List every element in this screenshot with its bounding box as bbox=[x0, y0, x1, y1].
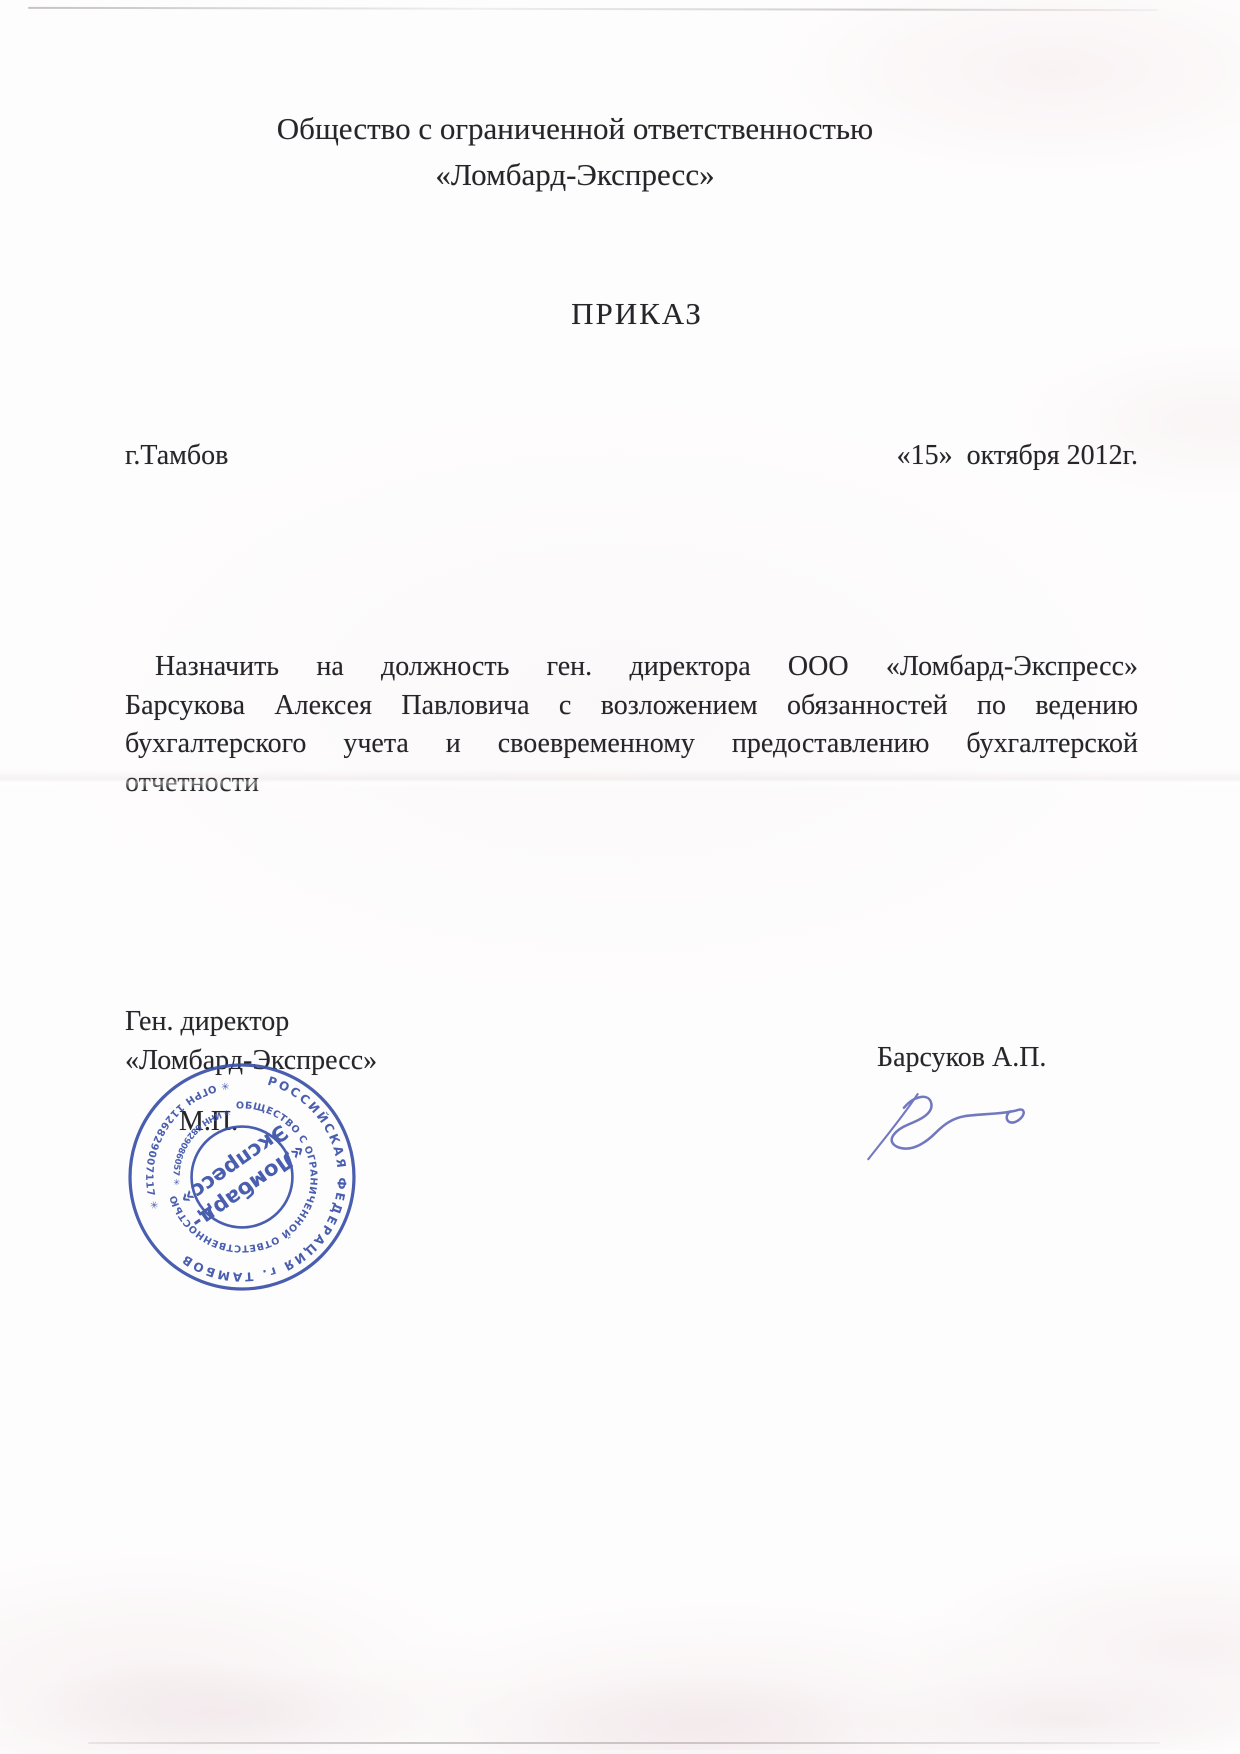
stamp-outer-border-circle bbox=[130, 1065, 354, 1289]
order-body-line-2: Барсукова Алексея Павловича с возложение… bbox=[125, 687, 1138, 726]
signer-name: Барсуков А.П. bbox=[877, 1042, 1046, 1074]
handwritten-signature bbox=[862, 1084, 1030, 1164]
order-body-line-3: бухгалтерского учета и своевременному пр… bbox=[125, 725, 1138, 764]
date-label: «15» октября 2012г. bbox=[897, 440, 1138, 472]
organization-header: Общество с ограниченной ответственностью… bbox=[0, 106, 1150, 198]
document-title: ПРИКАЗ bbox=[34, 296, 1240, 332]
city-label: г.Тамбов bbox=[125, 440, 228, 472]
scan-artifact-bottom-edge bbox=[88, 1742, 1160, 1744]
order-body-line-4: отчетности bbox=[125, 764, 1138, 803]
company-round-stamp: РОССИЙСКАЯ ФЕДЕРАЦИЯ г. ТАМБОВ ✳ ОГРН 11… bbox=[126, 1061, 358, 1293]
org-name-line2: «Ломбард-Экспресс» bbox=[0, 152, 1150, 198]
order-body-line-1: Назначить на должность ген. директора ОО… bbox=[125, 648, 1138, 687]
scanned-document-page: Общество с ограниченной ответственностью… bbox=[0, 0, 1240, 1754]
scan-artifact-bottom-haze bbox=[0, 1630, 1240, 1750]
order-body-text: Назначить на должность ген. директора ОО… bbox=[125, 648, 1138, 802]
scan-artifact-top-edge bbox=[28, 7, 1158, 11]
org-name-line1: Общество с ограниченной ответственностью bbox=[0, 106, 1150, 152]
city-date-row: г.Тамбов «15» октября 2012г. bbox=[125, 440, 1138, 472]
signer-title-line1: Ген. директор bbox=[125, 1002, 377, 1041]
